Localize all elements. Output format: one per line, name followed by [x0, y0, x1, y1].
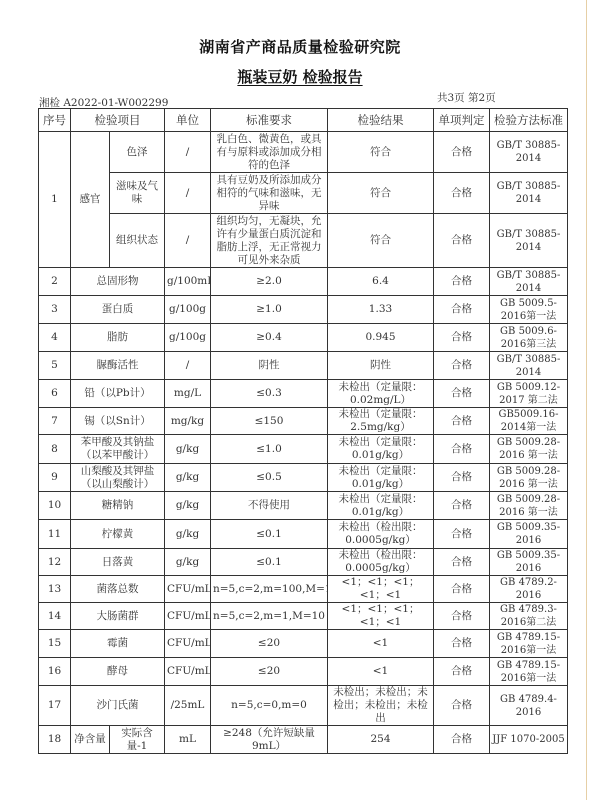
row-method: GB/T 30885-2014 [490, 268, 568, 296]
row-judgement: 合格 [434, 352, 490, 380]
row-result: <1；<1；<1；<1；<1 [328, 576, 434, 603]
table-row: 组织状态 / 组织均匀，无凝块，允许有少量蛋白质沉淀和脂肪上浮，无正常视力可见外… [39, 214, 568, 268]
row-unit: g/100g [165, 296, 211, 324]
row-unit: mL [165, 726, 211, 754]
row-item: 总固形物 [71, 268, 165, 296]
row-no: 11 [39, 520, 71, 549]
inspection-table: 序号 检验项目 单位 标准要求 检验结果 单项判定 检验方法标准 1 感官 色泽… [38, 108, 568, 754]
row-no: 1 [39, 132, 71, 268]
row-judgement: 合格 [434, 549, 490, 576]
row-unit: CFU/mL [165, 576, 211, 603]
row-unit: / [165, 132, 211, 173]
row-result: 未检出（检出限：0.0005g/kg） [328, 549, 434, 576]
table-row-net-content: 18 净含量 实际含量-1 mL ≥248（允许短缺量9mL） 254 合格 J… [39, 726, 568, 754]
page-edge-line [586, 0, 587, 800]
row-method: GB5009.16-2014第一法 [490, 408, 568, 435]
row-result: 符合 [328, 214, 434, 268]
table-row: 8苯甲酸及其钠盐（以苯甲酸计）g/kg≤1.0未检出（定量限：0.01g/kg）… [39, 435, 568, 464]
row-result: <1 [328, 658, 434, 686]
row-standard: ≤0.5 [211, 464, 328, 492]
row-unit: g/kg [165, 520, 211, 549]
row-result: 符合 [328, 132, 434, 173]
row-standard: ≤0.3 [211, 380, 328, 408]
header-unit: 单位 [165, 109, 211, 132]
row-standard: 具有豆奶及所添加成分相符的气味和滋味，无异味 [211, 173, 328, 214]
row-result: 未检出（定量限：0.01g/kg） [328, 492, 434, 520]
table-row: 17沙门氏菌/25mLn=5,c=0,m=0未检出；未检出；未检出；未检出；未检… [39, 686, 568, 726]
row-standard: 阴性 [211, 352, 328, 380]
row-item: 沙门氏菌 [71, 686, 165, 726]
row-result: 未检出（检出限：0.0005g/kg） [328, 520, 434, 549]
row-item: 菌落总数 [71, 576, 165, 603]
row-standard: ≤0.1 [211, 549, 328, 576]
row-item: 大肠菌群 [71, 603, 165, 630]
table-row: 14大肠菌群CFU/mLn=5,c=2,m=1,M=10<1；<1；<1；<1；… [39, 603, 568, 630]
header-result: 检验结果 [328, 109, 434, 132]
table-row: 16酵母CFU/mL≤20<1合格GB 4789.15-2016第一法 [39, 658, 568, 686]
report-title: 瓶装豆奶 检验报告 [0, 66, 600, 87]
row-method: GB 5009.12-2017 第二法 [490, 380, 568, 408]
table-row: 4脂肪g/100g≥0.40.945合格GB 5009.6-2016第三法 [39, 324, 568, 352]
row-unit: mg/kg [165, 408, 211, 435]
row-result: 阴性 [328, 352, 434, 380]
header-no: 序号 [39, 109, 71, 132]
row-judgement: 合格 [434, 658, 490, 686]
row-standard: ≥1.0 [211, 296, 328, 324]
row-unit: g/kg [165, 464, 211, 492]
row-judgement: 合格 [434, 173, 490, 214]
row-item: 脲酶活性 [71, 352, 165, 380]
row-judgement: 合格 [434, 408, 490, 435]
row-result: 254 [328, 726, 434, 754]
row-unit: / [165, 173, 211, 214]
row-judgement: 合格 [434, 464, 490, 492]
row-standard: n=5,c=2,m=100,M=10000 [211, 576, 328, 603]
row-unit: g/kg [165, 492, 211, 520]
row-no: 12 [39, 549, 71, 576]
row-method: GB 5009.35-2016 [490, 549, 568, 576]
row-standard: 不得使用 [211, 492, 328, 520]
row-no: 13 [39, 576, 71, 603]
row-item: 色泽 [110, 132, 165, 173]
row-result: 未检出；未检出；未检出；未检出；未检出 [328, 686, 434, 726]
row-item: 滋味及气味 [110, 173, 165, 214]
report-title-text: 瓶装豆奶 检验报告 [237, 68, 362, 86]
row-judgement: 合格 [434, 132, 490, 173]
row-method: GB 4789.2-2016 [490, 576, 568, 603]
row-unit: g/100g [165, 324, 211, 352]
row-standard: ≤1.0 [211, 435, 328, 464]
row-result: 未检出（定量限：2.5mg/kg） [328, 408, 434, 435]
header-judgement: 单项判定 [434, 109, 490, 132]
row-item: 日落黄 [71, 549, 165, 576]
organization-title: 湖南省产商品质量检验研究院 [0, 36, 600, 57]
row-unit: / [165, 352, 211, 380]
row-standard: ≤20 [211, 658, 328, 686]
row-standard: n=5,c=2,m=1,M=10 [211, 603, 328, 630]
row-unit: CFU/mL [165, 658, 211, 686]
row-result: 未检出（定量限：0.01g/kg） [328, 435, 434, 464]
row-standard: 组织均匀，无凝块，允许有少量蛋白质沉淀和脂肪上浮，无正常视力可见外来杂质 [211, 214, 328, 268]
row-result: 未检出（定量限：0.02mg/L） [328, 380, 434, 408]
row-result: 未检出（定量限：0.01g/kg） [328, 464, 434, 492]
row-judgement: 合格 [434, 380, 490, 408]
row-method: GB/T 30885-2014 [490, 214, 568, 268]
row-item: 柠檬黄 [71, 520, 165, 549]
row-result: <1；<1；<1；<1；<1 [328, 603, 434, 630]
row-unit: /25mL [165, 686, 211, 726]
table-header-row: 序号 检验项目 单位 标准要求 检验结果 单项判定 检验方法标准 [39, 109, 568, 132]
row-standard: ≤0.1 [211, 520, 328, 549]
row-item: 脂肪 [71, 324, 165, 352]
row-no: 3 [39, 296, 71, 324]
table-row: 7锡（以Sn计）mg/kg≤150未检出（定量限：2.5mg/kg）合格GB50… [39, 408, 568, 435]
row-judgement: 合格 [434, 324, 490, 352]
row-method: GB 5009.28-2016 第一法 [490, 492, 568, 520]
row-method: GB 4789.4-2016 [490, 686, 568, 726]
row-no: 5 [39, 352, 71, 380]
table-row: 9山梨酸及其钾盐（以山梨酸计）g/kg≤0.5未检出（定量限：0.01g/kg）… [39, 464, 568, 492]
row-judgement: 合格 [434, 603, 490, 630]
header-item: 检验项目 [71, 109, 165, 132]
row-result: 6.4 [328, 268, 434, 296]
table-row: 滋味及气味 / 具有豆奶及所添加成分相符的气味和滋味，无异味 符合 合格 GB/… [39, 173, 568, 214]
row-no: 6 [39, 380, 71, 408]
row-judgement: 合格 [434, 520, 490, 549]
row-unit: CFU/mL [165, 630, 211, 658]
row-item: 霉菌 [71, 630, 165, 658]
row-category: 感官 [71, 132, 110, 268]
row-no: 16 [39, 658, 71, 686]
row-method: GB 4789.3-2016第二法 [490, 603, 568, 630]
table-row: 1 感官 色泽 / 乳白色、微黄色，或具有与原料或添加成分相符的色泽 符合 合格… [39, 132, 568, 173]
row-standard: ≥0.4 [211, 324, 328, 352]
row-result: <1 [328, 630, 434, 658]
row-item: 糖精钠 [71, 492, 165, 520]
table-row: 11柠檬黄g/kg≤0.1未检出（检出限：0.0005g/kg）合格GB 500… [39, 520, 568, 549]
row-unit: mg/L [165, 380, 211, 408]
row-result: 0.945 [328, 324, 434, 352]
row-standard: ≥2.0 [211, 268, 328, 296]
row-no: 8 [39, 435, 71, 464]
row-standard: 乳白色、微黄色，或具有与原料或添加成分相符的色泽 [211, 132, 328, 173]
header-method: 检验方法标准 [490, 109, 568, 132]
row-no: 10 [39, 492, 71, 520]
row-unit: g/kg [165, 549, 211, 576]
row-method: GB 5009.35-2016 [490, 520, 568, 549]
row-item: 酵母 [71, 658, 165, 686]
row-item: 蛋白质 [71, 296, 165, 324]
row-unit: CFU/mL [165, 603, 211, 630]
row-judgement: 合格 [434, 296, 490, 324]
row-no: 7 [39, 408, 71, 435]
row-item: 锡（以Sn计） [71, 408, 165, 435]
row-category: 净含量 [71, 726, 110, 754]
row-result: 符合 [328, 173, 434, 214]
row-method: JJF 1070-2005 [490, 726, 568, 754]
row-standard: n=5,c=0,m=0 [211, 686, 328, 726]
row-no: 15 [39, 630, 71, 658]
table-row: 12日落黄g/kg≤0.1未检出（检出限：0.0005g/kg）合格GB 500… [39, 549, 568, 576]
row-no: 9 [39, 464, 71, 492]
row-judgement: 合格 [434, 268, 490, 296]
row-no: 4 [39, 324, 71, 352]
page-info: 共3页 第2页 [437, 90, 496, 105]
table-row: 2总固形物g/100mL≥2.06.4合格GB/T 30885-2014 [39, 268, 568, 296]
table-row: 10糖精钠g/kg不得使用未检出（定量限：0.01g/kg）合格GB 5009.… [39, 492, 568, 520]
row-method: GB 4789.15-2016第一法 [490, 630, 568, 658]
row-result: 1.33 [328, 296, 434, 324]
table-row: 15霉菌CFU/mL≤20<1合格GB 4789.15-2016第一法 [39, 630, 568, 658]
row-method: GB 4789.15-2016第一法 [490, 658, 568, 686]
row-standard: ≤150 [211, 408, 328, 435]
row-item: 铅（以Pb计） [71, 380, 165, 408]
row-item: 苯甲酸及其钠盐（以苯甲酸计） [71, 435, 165, 464]
row-method: GB/T 30885-2014 [490, 132, 568, 173]
row-no: 18 [39, 726, 71, 754]
row-method: GB 5009.28-2016 第一法 [490, 435, 568, 464]
row-judgement: 合格 [434, 726, 490, 754]
table-row: 5脲酶活性/阴性阴性合格GB/T 30885-2014 [39, 352, 568, 380]
row-standard: ≥248（允许短缺量9mL） [211, 726, 328, 754]
simple-rows: 2总固形物g/100mL≥2.06.4合格GB/T 30885-20143蛋白质… [39, 268, 568, 726]
row-item: 山梨酸及其钾盐（以山梨酸计） [71, 464, 165, 492]
row-no: 17 [39, 686, 71, 726]
row-judgement: 合格 [434, 214, 490, 268]
row-unit: g/100mL [165, 268, 211, 296]
row-method: GB/T 30885-2014 [490, 173, 568, 214]
row-standard: ≤20 [211, 630, 328, 658]
table-row: 6铅（以Pb计）mg/L≤0.3未检出（定量限：0.02mg/L）合格GB 50… [39, 380, 568, 408]
row-method: GB 5009.6-2016第三法 [490, 324, 568, 352]
row-unit: / [165, 214, 211, 268]
row-no: 14 [39, 603, 71, 630]
table-row: 3蛋白质g/100g≥1.01.33合格GB 5009.5-2016第一法 [39, 296, 568, 324]
row-item: 组织状态 [110, 214, 165, 268]
header-standard: 标准要求 [211, 109, 328, 132]
row-unit: g/kg [165, 435, 211, 464]
row-judgement: 合格 [434, 435, 490, 464]
row-method: GB/T 30885-2014 [490, 352, 568, 380]
table-row: 13菌落总数CFU/mLn=5,c=2,m=100,M=10000<1；<1；<… [39, 576, 568, 603]
row-method: GB 5009.28-2016 第一法 [490, 464, 568, 492]
row-no: 2 [39, 268, 71, 296]
row-judgement: 合格 [434, 492, 490, 520]
row-judgement: 合格 [434, 576, 490, 603]
row-item: 实际含量-1 [110, 726, 165, 754]
row-method: GB 5009.5-2016第一法 [490, 296, 568, 324]
row-judgement: 合格 [434, 630, 490, 658]
row-judgement: 合格 [434, 686, 490, 726]
